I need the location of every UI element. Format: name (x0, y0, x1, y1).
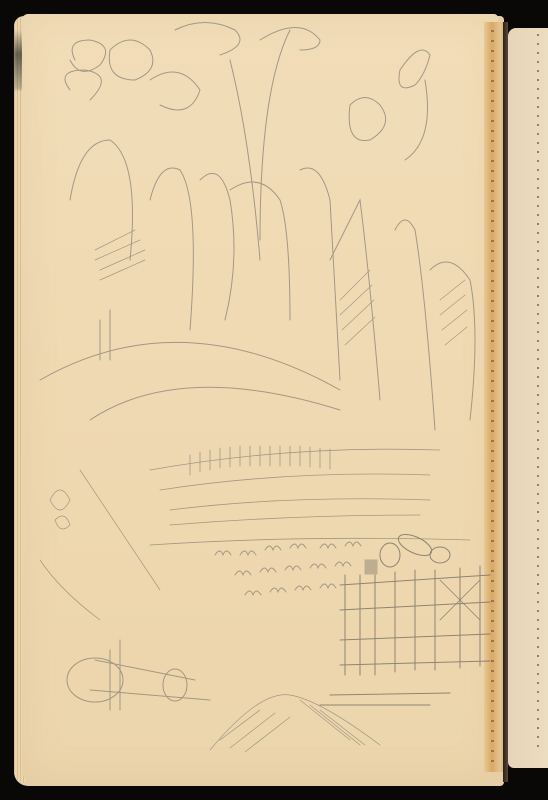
hatched-mound (210, 695, 380, 752)
rolled-object (67, 640, 210, 710)
foliage-studies (65, 23, 430, 261)
hill (40, 342, 340, 420)
pencil-sketch (0, 0, 548, 800)
fenced-enclosure (320, 530, 490, 705)
field-rows (150, 446, 470, 545)
trees (70, 140, 475, 430)
margin-scribbles (40, 470, 160, 620)
sprouts (215, 542, 361, 595)
sketchbook-photo: Pencil landscape sketch on a sketchbook … (0, 0, 548, 800)
